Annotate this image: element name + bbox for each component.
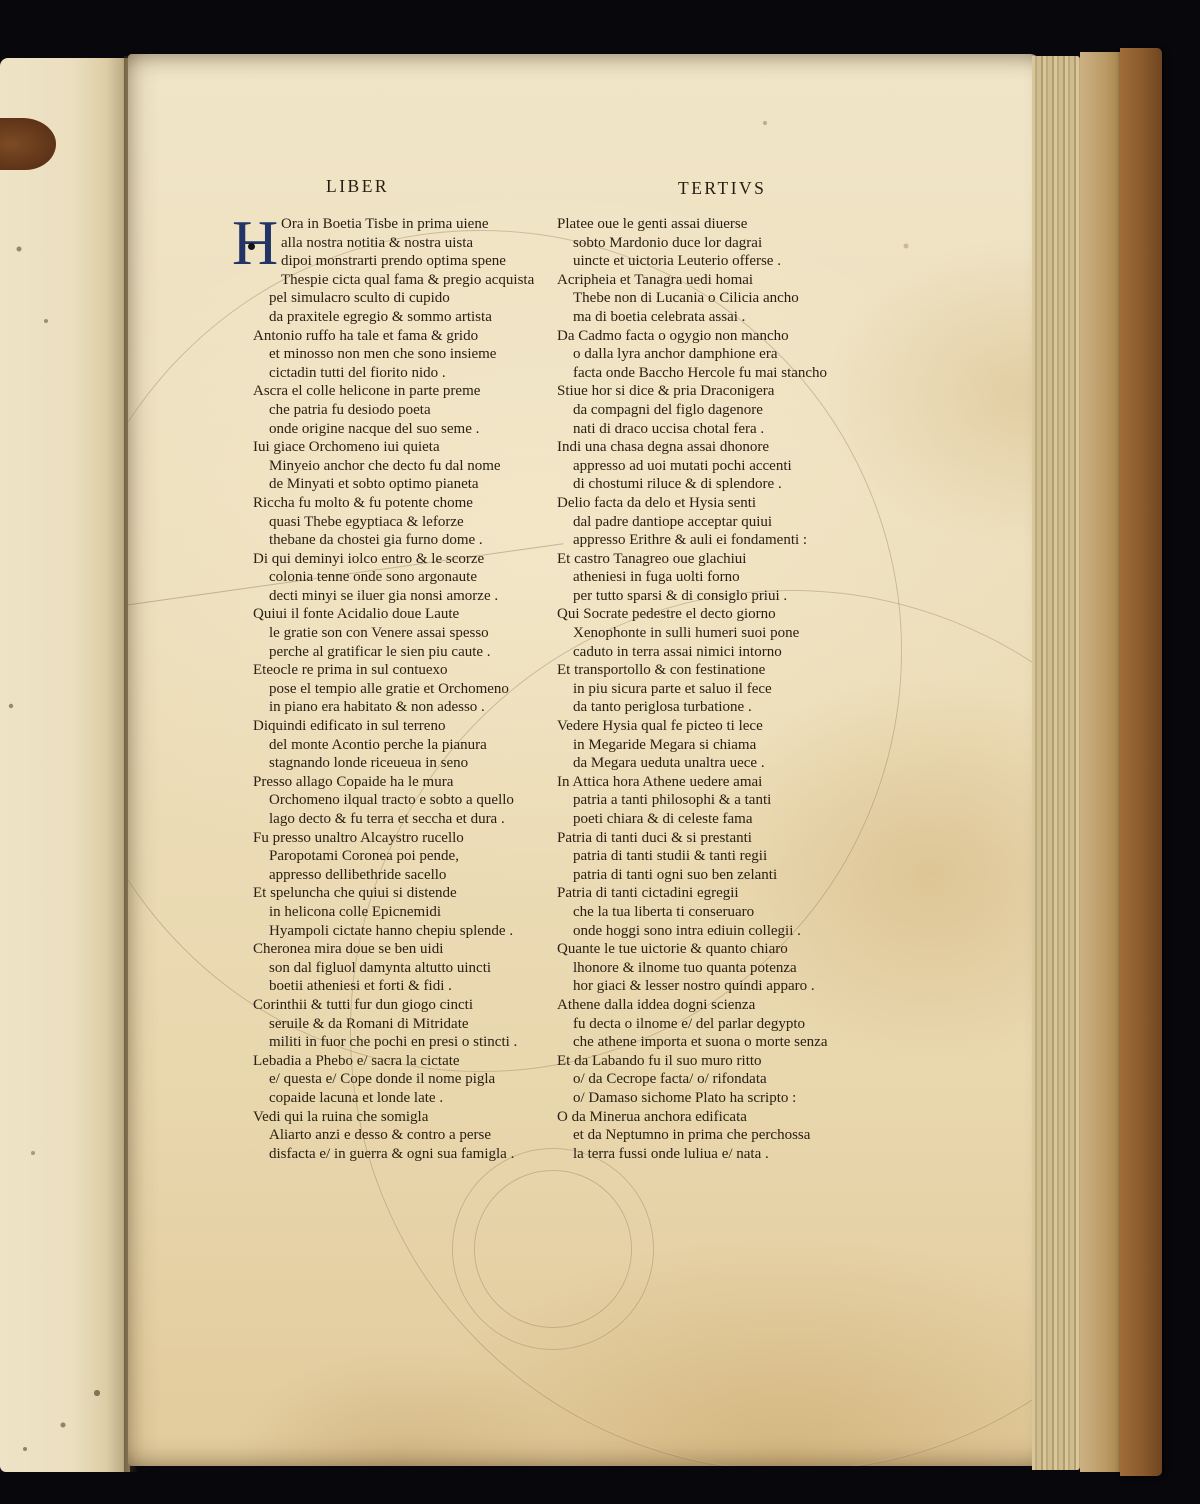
verse-line: Corinthii & tutti fur dun giogo cincti bbox=[253, 996, 553, 1015]
verse-line: disfacta e/ in guerra & ogni sua famigla… bbox=[253, 1145, 553, 1164]
verse-line: appresso dellibethride sacello bbox=[253, 866, 553, 885]
verse-line: O da Minerua anchora edificata bbox=[557, 1108, 857, 1127]
verse-line: Ora in Boetia Tisbe in prima uiene bbox=[253, 215, 553, 234]
verse-line: Et da Labando fu il suo muro ritto bbox=[557, 1052, 857, 1071]
verse-line: Aliarto anzi e desso & contro a perse bbox=[253, 1126, 553, 1145]
verse-line: thebane da chostei gia furno dome . bbox=[253, 531, 553, 550]
verse-line: la terra fussi onde luliua e/ nata . bbox=[557, 1145, 857, 1164]
verse-line: appresso Erithre & auli ei fondamenti : bbox=[557, 531, 857, 550]
verse-line: che patria fu desiodo poeta bbox=[253, 401, 553, 420]
verse-line: patria a tanti philosophi & a tanti bbox=[557, 791, 857, 810]
verse-line: nati di draco uccisa chotal fera . bbox=[557, 420, 857, 439]
illuminated-initial-H: H bbox=[232, 217, 274, 272]
verse-line: boetii atheniesi et forti & fidi . bbox=[253, 977, 553, 996]
verse-line: in piano era habitato & non adesso . bbox=[253, 698, 553, 717]
text-column-left: H Ora in Boetia Tisbe in prima uienealla… bbox=[253, 215, 553, 1163]
verse-line: Quiui il fonte Acidalio doue Laute bbox=[253, 605, 553, 624]
verse-line: fu decta o ilnome e/ del parlar degypto bbox=[557, 1015, 857, 1034]
verse-line: militi in fuor che pochi en presi o stin… bbox=[253, 1033, 553, 1052]
verse-line: decti minyi se iluer gia nonsi amorze . bbox=[253, 587, 553, 606]
verse-line: Patria di tanti duci & si prestanti bbox=[557, 829, 857, 848]
verse-line: da Megara ueduta unaltra uece . bbox=[557, 754, 857, 773]
verse-line: Da Cadmo facta o ogygio non mancho bbox=[557, 327, 857, 346]
paper-specks bbox=[0, 0, 2, 2]
verse-line: Patria di tanti cictadini egregii bbox=[557, 884, 857, 903]
verse-line: onde origine nacque del suo seme . bbox=[253, 420, 553, 439]
verse-line: Orchomeno ilqual tracto e sobto a quello bbox=[253, 791, 553, 810]
verse-line: di chostumi riluce & di splendore . bbox=[557, 475, 857, 494]
verse-line: et da Neptumno in prima che perchossa bbox=[557, 1126, 857, 1145]
verse-line: che athene importa et suona o morte senz… bbox=[557, 1033, 857, 1052]
verse-line: Quante le tue uictorie & quanto chiaro bbox=[557, 940, 857, 959]
verse-line: Hyampoli cictate hanno chepiu splende . bbox=[253, 922, 553, 941]
verse-line: lago decto & fu terra et seccha et dura … bbox=[253, 810, 553, 829]
verse-line: o dalla lyra anchor damphione era bbox=[557, 345, 857, 364]
verse-line: Platee oue le genti assai diuerse bbox=[557, 215, 857, 234]
verse-line: Thebe non di Lucania o Cilicia ancho bbox=[557, 289, 857, 308]
verso-page-edge bbox=[0, 58, 130, 1472]
verse-line: Fu presso unaltro Alcaystro rucello bbox=[253, 829, 553, 848]
verse-line: lhonore & ilnome tuo quanta potenza bbox=[557, 959, 857, 978]
running-head-liber: LIBER bbox=[326, 176, 389, 197]
verse-line: patria di tanti studii & tanti regii bbox=[557, 847, 857, 866]
verse-line: poeti chiara & di celeste fama bbox=[557, 810, 857, 829]
verse-line: dipoi monstrarti prendo optima spene bbox=[253, 252, 553, 271]
recto-page: LIBER TERTIVS H Ora in Boetia Tisbe in p… bbox=[128, 54, 1040, 1466]
verse-line: Athene dalla iddea dogni scienza bbox=[557, 996, 857, 1015]
verse-line: in piu sicura parte et saluo il fece bbox=[557, 680, 857, 699]
verse-line: Di qui deminyi iolco entro & le scorze bbox=[253, 550, 553, 569]
verse-line: de Minyati et sobto optimo pianeta bbox=[253, 475, 553, 494]
verse-line: onde hoggi sono intra ediuin collegii . bbox=[557, 922, 857, 941]
verse-line: Stiue hor si dice & pria Draconigera bbox=[557, 382, 857, 401]
verse-line: perche al gratificar le sien piu caute . bbox=[253, 643, 553, 662]
verse-line: alla nostra notitia & nostra uista bbox=[253, 234, 553, 253]
verse-line: ma di boetia celebrata assai . bbox=[557, 308, 857, 327]
verse-line: Iui giace Orchomeno iui quieta bbox=[253, 438, 553, 457]
verse-line: Delio facta da delo et Hysia senti bbox=[557, 494, 857, 513]
verse-line: dal padre dantiope acceptar quiui bbox=[557, 513, 857, 532]
verse-line: seruile & da Romani di Mitridate bbox=[253, 1015, 553, 1034]
cover-board-bevel bbox=[1080, 52, 1120, 1472]
verse-line: colonia tenne onde sono argonaute bbox=[253, 568, 553, 587]
text-column-right: Platee oue le genti assai diuersesobto M… bbox=[557, 215, 857, 1163]
verse-line: patria di tanti ogni suo ben zelanti bbox=[557, 866, 857, 885]
verse-line: Minyeio anchor che decto fu dal nome bbox=[253, 457, 553, 476]
verse-line: son dal figluol damynta altutto uincti bbox=[253, 959, 553, 978]
verse-line: quasi Thebe egyptiaca & leforze bbox=[253, 513, 553, 532]
verse-line: caduto in terra assai nimici intorno bbox=[557, 643, 857, 662]
verse-line: cictadin tutti del fiorito nido . bbox=[253, 364, 553, 383]
verse-line: Thespie cicta qual fama & pregio acquist… bbox=[253, 271, 553, 290]
verse-line: Vedere Hysia qual fe picteo ti lece bbox=[557, 717, 857, 736]
verse-line: le gratie son con Venere assai spesso bbox=[253, 624, 553, 643]
verse-line: o/ da Cecrope facta/ o/ rifondata bbox=[557, 1070, 857, 1089]
verse-line: Et castro Tanagreo oue glachiui bbox=[557, 550, 857, 569]
verse-line: che la tua liberta ti conseruaro bbox=[557, 903, 857, 922]
verse-line: Indi una chasa degna assai dhonore bbox=[557, 438, 857, 457]
verse-line: sobto Mardonio duce lor dagrai bbox=[557, 234, 857, 253]
verse-line: Ascra el colle helicone in parte preme bbox=[253, 382, 553, 401]
verse-line: appresso ad uoi mutati pochi accenti bbox=[557, 457, 857, 476]
verse-line: e/ questa e/ Cope donde il nome pigla bbox=[253, 1070, 553, 1089]
running-head-tertius: TERTIVS bbox=[678, 178, 766, 199]
verse-line: Riccha fu molto & fu potente chome bbox=[253, 494, 553, 513]
verse-line: in Megaride Megara si chiama bbox=[557, 736, 857, 755]
verse-line: pel simulacro sculto di cupido bbox=[253, 289, 553, 308]
verse-line: da praxitele egregio & sommo artista bbox=[253, 308, 553, 327]
verse-line: Et transportollo & con festinatione bbox=[557, 661, 857, 680]
verse-line: da compagni del figlo dagenore bbox=[557, 401, 857, 420]
verse-line: Vedi qui la ruina che somigla bbox=[253, 1108, 553, 1127]
verse-line: Paropotami Coronea poi pende, bbox=[253, 847, 553, 866]
verse-line: Xenophonte in sulli humeri suoi pone bbox=[557, 624, 857, 643]
verse-line: atheniesi in fuga uolti forno bbox=[557, 568, 857, 587]
verse-line: per tutto sparsi & di consiglo priui . bbox=[557, 587, 857, 606]
verse-line: Lebadia a Phebo e/ sacra la cictate bbox=[253, 1052, 553, 1071]
verse-line: In Attica hora Athene uedere amai bbox=[557, 773, 857, 792]
verse-line: facta onde Baccho Hercole fu mai stancho bbox=[557, 364, 857, 383]
verse-line: da tanto periglosa turbatione . bbox=[557, 698, 857, 717]
verse-line: o/ Damaso sichome Plato ha scripto : bbox=[557, 1089, 857, 1108]
cover-board bbox=[1120, 48, 1162, 1476]
verse-line: Cheronea mira doue se ben uidi bbox=[253, 940, 553, 959]
verse-line: Qui Socrate pedestre el decto giorno bbox=[557, 605, 857, 624]
verse-line: Eteocle re prima in sul contuexo bbox=[253, 661, 553, 680]
verse-line: Et speluncha che quiui si distende bbox=[253, 884, 553, 903]
book-photo: LIBER TERTIVS H Ora in Boetia Tisbe in p… bbox=[0, 0, 1200, 1504]
verse-line: et minosso non men che sono insieme bbox=[253, 345, 553, 364]
verse-line: Diquindi edificato in sul terreno bbox=[253, 717, 553, 736]
verse-line: in helicona colle Epicnemidi bbox=[253, 903, 553, 922]
verse-line: pose el tempio alle gratie et Orchomeno bbox=[253, 680, 553, 699]
verse-line: uincte et uictoria Leuterio offerse . bbox=[557, 252, 857, 271]
blind-stamp-circle bbox=[474, 1170, 632, 1328]
verse-line: stagnando londe riceueua in seno bbox=[253, 754, 553, 773]
verse-line: copaide lacuna et londe late . bbox=[253, 1089, 553, 1108]
verse-line: del monte Acontio perche la pianura bbox=[253, 736, 553, 755]
page-edges-stack bbox=[1032, 56, 1080, 1470]
verse-line: Antonio ruffo ha tale et fama & grido bbox=[253, 327, 553, 346]
verse-line: Acripheia et Tanagra uedi homai bbox=[557, 271, 857, 290]
verse-line: Presso allago Copaide ha le mura bbox=[253, 773, 553, 792]
verse-line: hor giaci & lesser nostro quindi apparo … bbox=[557, 977, 857, 996]
